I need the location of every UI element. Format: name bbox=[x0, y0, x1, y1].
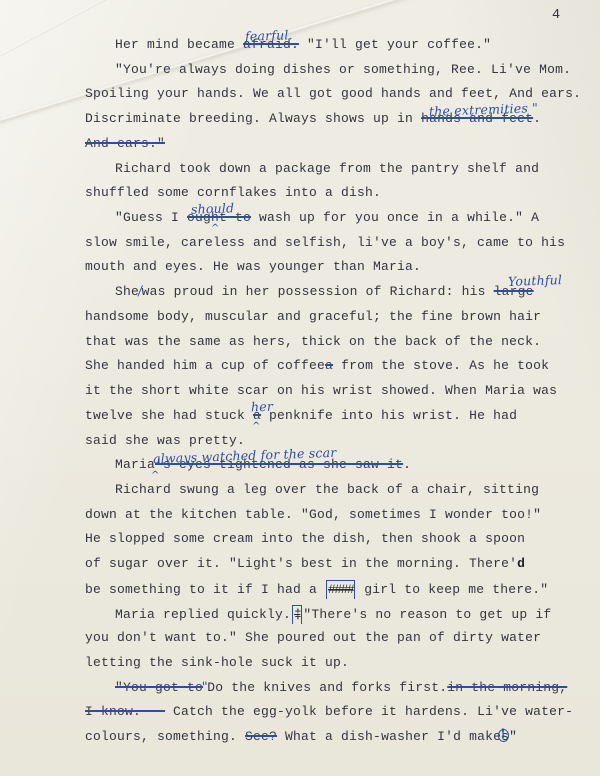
handwritten-note: Youthful bbox=[507, 274, 561, 288]
typed-text: you don't want to." She poured out the p… bbox=[85, 629, 541, 647]
typed-text: down at the kitchen table. "God, sometim… bbox=[85, 506, 541, 524]
typed-text: She handed him a cup of coffee bbox=[85, 357, 325, 375]
typed-line: that was the same as hers, thick on the … bbox=[85, 328, 590, 353]
boxed-deleted-text: #### bbox=[326, 580, 355, 599]
struck-text: ought toshould^ bbox=[187, 209, 251, 227]
typed-text: Maria replied quickly. bbox=[115, 606, 291, 624]
typed-line: Discriminate breeding. Always shows up i… bbox=[85, 105, 590, 130]
typed-text: twelve she had stuck bbox=[85, 407, 253, 425]
typed-line: down at the kitchen table. "God, sometim… bbox=[85, 501, 590, 526]
typed-line: letting the sink-hole suck it up. bbox=[85, 649, 590, 674]
typed-line: said she was pretty. bbox=[85, 427, 590, 452]
typed-text: letting the sink-hole suck it up. bbox=[85, 654, 349, 672]
typed-line: handsome body, muscular and graceful; th… bbox=[85, 303, 590, 328]
typed-text: slow smile, careless and selfish, li've … bbox=[85, 234, 565, 252]
typed-line: colours, something. See? What a dish-was… bbox=[85, 723, 590, 748]
typed-overstruck-text: d bbox=[517, 555, 525, 573]
handwritten-overwrite: ! bbox=[500, 726, 506, 744]
overwritten-char: s! bbox=[501, 728, 509, 746]
struck-text: hands and feetthe extremities " bbox=[421, 110, 533, 128]
struck-text: afraid.fearful. bbox=[243, 36, 299, 54]
boxed-deleted-text: ‡ bbox=[292, 605, 302, 624]
typed-text: Her mind became bbox=[115, 36, 243, 54]
typed-text: "Guess I bbox=[115, 209, 187, 227]
typed-line: you don't want to." She poured out the p… bbox=[85, 624, 590, 649]
typed-text: "There's no reason to get up if bbox=[303, 606, 551, 624]
struck-text: a bbox=[325, 357, 333, 375]
typed-text: be something to it if I had a bbox=[85, 581, 325, 599]
typed-line: twelve she had stuck aher^ penknife into… bbox=[85, 402, 590, 427]
typed-line: Richard swung a leg over the back of a c… bbox=[85, 476, 590, 501]
typed-line: Maria's eyes tightened as she saw italwa… bbox=[85, 451, 590, 476]
typed-text: Richard took down a package from the pan… bbox=[115, 160, 539, 178]
typed-text: She bbox=[115, 283, 139, 301]
typed-line: "You got to"Do the knives and forks firs… bbox=[85, 674, 590, 699]
struck-text: in the morning, bbox=[447, 679, 567, 697]
struck-text: "You got to bbox=[115, 679, 203, 697]
manuscript-page: 4 Her mind became afraid.fearful. "I'll … bbox=[0, 0, 600, 776]
typed-text: from the stove. As he took bbox=[333, 357, 549, 375]
typed-line: She/was proud in her possession of Richa… bbox=[85, 278, 590, 303]
struck-text: I know. bbox=[85, 703, 165, 721]
typed-text: . bbox=[403, 456, 411, 474]
typed-text: Catch the egg-yolk before it hardens. Li… bbox=[165, 703, 573, 721]
typed-text: What a dish-washer I'd make bbox=[277, 728, 501, 746]
typed-line: be something to it if I had a #### girl … bbox=[85, 575, 590, 600]
handwritten-note: fearful. bbox=[245, 29, 293, 43]
struck-text: And ears." bbox=[85, 135, 165, 153]
typed-line: Maria replied quickly.‡"There's no reaso… bbox=[85, 600, 590, 625]
typed-text: said she was pretty. bbox=[85, 432, 245, 450]
handwritten-note: the extremities " bbox=[429, 102, 538, 118]
typed-line: "You're always doing dishes or something… bbox=[85, 56, 590, 81]
typed-line: "Guess I ought toshould^ wash up for you… bbox=[85, 204, 590, 229]
handwritten-note: should bbox=[191, 202, 235, 216]
struck-text: See? bbox=[245, 728, 277, 746]
typed-line: it the short white scar on his wrist sho… bbox=[85, 377, 590, 402]
typed-text: Richard swung a leg over the back of a c… bbox=[115, 481, 539, 499]
typed-line: of sugar over it. "Light's best in the m… bbox=[85, 550, 590, 575]
struck-text: largeYouthful bbox=[494, 283, 534, 301]
typed-text: penknife into his wrist. He had bbox=[261, 407, 517, 425]
typed-text: colours, something. bbox=[85, 728, 245, 746]
typed-text: handsome body, muscular and graceful; th… bbox=[85, 308, 541, 326]
typed-text: " bbox=[509, 728, 517, 746]
struck-text: aher^ bbox=[253, 407, 261, 425]
typed-line: And ears." bbox=[85, 130, 590, 155]
page-number: 4 bbox=[552, 8, 560, 23]
typed-text: . bbox=[533, 110, 541, 128]
typed-text: it the short white scar on his wrist sho… bbox=[85, 382, 557, 400]
typed-text: was proud in her possession of Richard: … bbox=[142, 283, 494, 301]
typed-line: shuffled some cornflakes into a dish. bbox=[85, 179, 590, 204]
typed-line: Her mind became afraid.fearful. "I'll ge… bbox=[85, 31, 590, 56]
typed-text: "I'll get your coffee." bbox=[299, 36, 491, 54]
typed-text: Do the knives and forks first. bbox=[207, 679, 447, 697]
struck-text: 's eyes tightened as she saw italways wa… bbox=[155, 456, 403, 474]
typed-text: of sugar over it. "Light's best in the m… bbox=[85, 555, 517, 573]
typed-text: Maria bbox=[115, 456, 155, 474]
typed-line: She handed him a cup of coffeea from the… bbox=[85, 352, 590, 377]
handwritten-note: always watched for the scar bbox=[153, 447, 337, 465]
typed-text: that was the same as hers, thick on the … bbox=[85, 333, 541, 351]
typed-text: girl to keep me there." bbox=[356, 581, 548, 599]
typed-line: I know. Catch the egg-yolk before it har… bbox=[85, 698, 590, 723]
typed-text: Discriminate breeding. Always shows up i… bbox=[85, 110, 421, 128]
typed-text: mouth and eyes. He was younger than Mari… bbox=[85, 258, 421, 276]
typed-line: slow smile, careless and selfish, li've … bbox=[85, 229, 590, 254]
typed-text: "You're always doing dishes or something… bbox=[115, 61, 571, 79]
typed-line: Richard took down a package from the pan… bbox=[85, 155, 590, 180]
typed-text: wash up for you once in a while." A bbox=[251, 209, 539, 227]
manuscript-text: Her mind became afraid.fearful. "I'll ge… bbox=[85, 31, 590, 748]
typed-line: He slopped some cream into the dish, the… bbox=[85, 525, 590, 550]
typed-text: He slopped some cream into the dish, the… bbox=[85, 530, 525, 548]
